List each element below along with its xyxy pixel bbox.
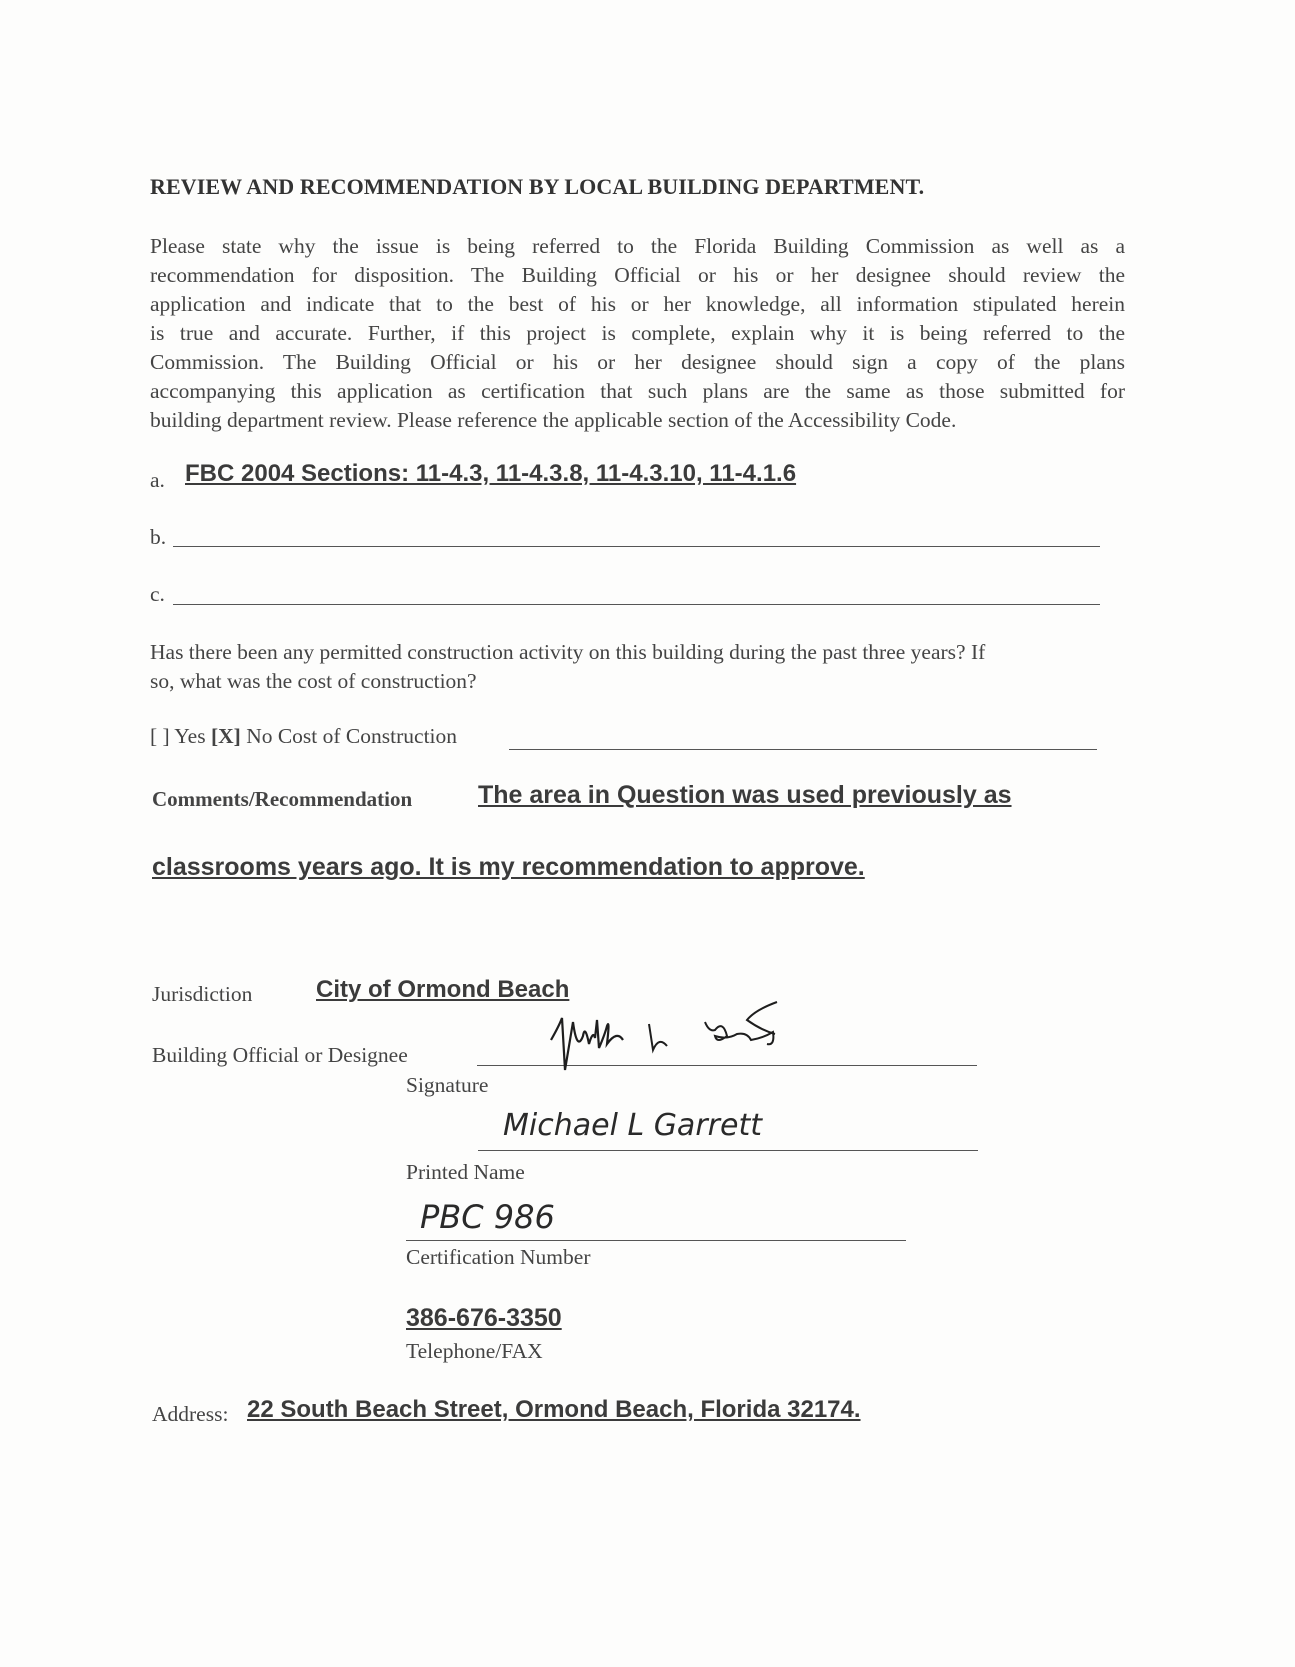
building-official-label: Building Official or Designee (152, 1043, 408, 1068)
signature-caption: Signature (406, 1073, 488, 1098)
address-label: Address: (152, 1402, 228, 1427)
certification-number-value: PBC 986 (420, 1198, 555, 1236)
telephone-caption: Telephone/FAX (406, 1339, 543, 1364)
construction-answer-row: [ ] Yes [X] No Cost of Construction (150, 724, 457, 749)
signature-field[interactable] (477, 1000, 977, 1066)
cost-of-construction-field[interactable] (509, 728, 1097, 750)
address-field[interactable]: 22 South Beach Street, Ormond Beach, Flo… (247, 1396, 861, 1424)
code-section-a-label: a. (150, 468, 165, 493)
comments-label: Comments/Recommendation (152, 787, 412, 812)
instructions-line: building department review. Please refer… (150, 406, 1125, 435)
code-section-b-field[interactable] (173, 527, 1100, 547)
form-section-heading: REVIEW AND RECOMMENDATION BY LOCAL BUILD… (150, 174, 924, 200)
code-section-b-label: b. (150, 525, 166, 550)
instructions-line: is true and accurate. Further, if this p… (150, 319, 1125, 348)
construction-question-line: Has there been any permitted constructio… (150, 638, 1125, 667)
code-section-c-label: c. (150, 582, 165, 607)
yes-checkbox[interactable]: [ ] (150, 724, 170, 748)
comments-field-line-1[interactable]: The area in Question was used previously… (478, 781, 1012, 810)
instructions-paragraph: Please state why the issue is being refe… (150, 232, 1125, 435)
instructions-line: Commission. The Building Official or his… (150, 348, 1125, 377)
construction-question-line: so, what was the cost of construction? (150, 667, 1125, 696)
no-label: No (246, 724, 272, 748)
printed-name-field[interactable]: Michael L Garrett (478, 1110, 978, 1151)
printed-name-caption: Printed Name (406, 1160, 525, 1185)
construction-question: Has there been any permitted constructio… (150, 638, 1125, 696)
telephone-field[interactable]: 386-676-3350 (406, 1304, 562, 1333)
cost-of-construction-label: Cost of Construction (278, 724, 457, 748)
handwritten-signature-icon (537, 1000, 857, 1080)
certification-number-field[interactable]: PBC 986 (406, 1198, 906, 1241)
instructions-line: recommendation for disposition. The Buil… (150, 261, 1125, 290)
code-section-a-field[interactable]: FBC 2004 Sections: 11-4.3, 11-4.3.8, 11-… (185, 460, 796, 488)
instructions-line: Please state why the issue is being refe… (150, 232, 1125, 261)
comments-field-line-2[interactable]: classrooms years ago. It is my recommend… (152, 853, 865, 882)
code-section-c-field[interactable] (173, 585, 1100, 605)
yes-label: Yes (174, 724, 205, 748)
certification-number-caption: Certification Number (406, 1245, 590, 1270)
jurisdiction-label: Jurisdiction (152, 982, 252, 1007)
printed-name-value: Michael L Garrett (503, 1108, 762, 1143)
instructions-line: application and indicate that to the bes… (150, 290, 1125, 319)
no-checkbox[interactable]: [X] (211, 724, 241, 748)
instructions-line: accompanying this application as certifi… (150, 377, 1125, 406)
